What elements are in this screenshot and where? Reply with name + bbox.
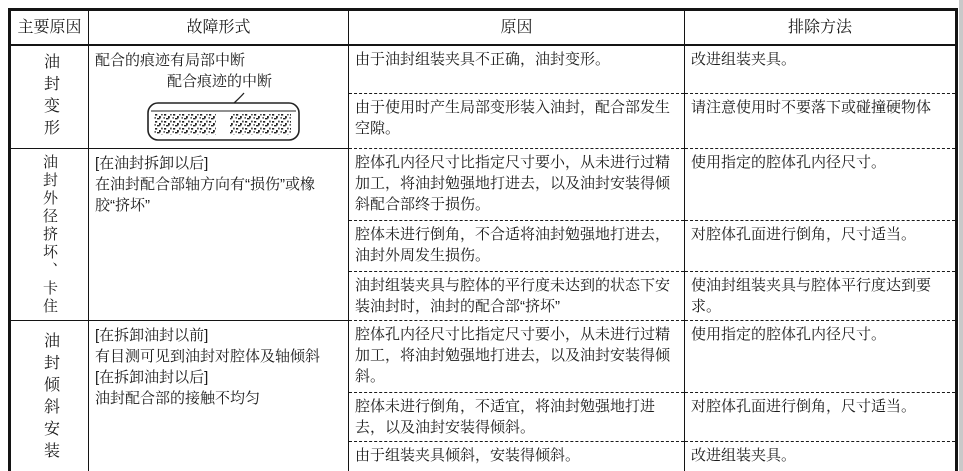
fault-text-line: [在拆卸油封以前] <box>95 325 342 346</box>
illustration-label: 配合痕迹的中断 <box>95 71 342 92</box>
table-row: 油封变形 配合的痕迹有局部中断 配合痕迹的中断 <box>10 45 957 94</box>
remedy-cell: 使用指定的腔体孔内径尺寸。 <box>685 321 957 393</box>
remedy-cell: 改进组装夹具。 <box>685 442 957 471</box>
fault-text-line: [在拆卸油封以后] <box>95 367 342 388</box>
scan-edge-artifact <box>959 0 963 471</box>
oil-seal-fault-table: 主要原因 故障形式 原因 排除方法 油封变形 配合的痕迹有局部中断 配合痕迹的中… <box>8 8 958 471</box>
table-row: 油封外径挤坏、卡住 [在油封拆卸以后] 在油封配合部轴方向有“损伤”或橡胶“挤坏… <box>10 149 957 221</box>
fault-text-line: 配合的痕迹有局部中断 <box>95 50 342 71</box>
header-reason: 原因 <box>349 10 685 46</box>
reason-cell: 油封组装夹具与腔体的平行度未达到的状态下安装油封时，油封的配合部“挤坏” <box>349 272 685 321</box>
fault-cell-deformation: 配合的痕迹有局部中断 配合痕迹的中断 <box>89 45 349 149</box>
reason-cell: 腔体孔内径尺寸比指定尺寸要小，从未进行过精加工，将油封勉强地打进去，以及油封安装… <box>349 149 685 221</box>
remedy-cell: 对腔体孔面进行倒角，尺寸适当。 <box>685 393 957 442</box>
fault-cell-od-damage: [在油封拆卸以后] 在油封配合部轴方向有“损伤”或橡胶“挤坏” <box>89 149 349 321</box>
fault-text-line: [在油封拆卸以后] <box>95 153 342 174</box>
remedy-cell: 请注意使用时不要落下或碰撞硬物体 <box>685 94 957 149</box>
header-remedy: 排除方法 <box>685 10 957 46</box>
category-cell-tilted-install: 油封倾斜安装 <box>10 321 89 471</box>
header-main-cause: 主要原因 <box>10 10 89 46</box>
reason-cell: 腔体未进行倒角，不适宜，将油封勉强地打进去，以及油封安装得倾斜。 <box>349 393 685 442</box>
remedy-cell: 使用指定的腔体孔内径尺寸。 <box>685 149 957 221</box>
header-fault-form: 故障形式 <box>89 10 349 46</box>
oil-seal-stipple-diagram <box>145 92 305 144</box>
category-cell-od-damage: 油封外径挤坏、卡住 <box>10 149 89 321</box>
category-label: 油封变形 <box>42 53 58 141</box>
fault-cell-tilted-install: [在拆卸油封以前] 有目测可见到油封对腔体及轴倾斜 [在拆卸油封以后] 油封配合… <box>89 321 349 471</box>
reason-cell: 腔体孔内径尺寸比指定尺寸要小，从未进行过精加工，将油封勉强地打进去，以及油封安装… <box>349 321 685 393</box>
fault-text-line: 有目测可见到油封对腔体及轴倾斜 <box>95 346 342 367</box>
category-label: 油封倾斜安装 <box>42 332 58 464</box>
reason-cell: 由于组装夹具倾斜，安装得倾斜。 <box>349 442 685 471</box>
category-label: 油封外径挤坏、卡住 <box>42 154 57 316</box>
reason-cell: 腔体未进行倒角，不合适将油封勉强地打进去，油封外周发生损伤。 <box>349 221 685 272</box>
oil-seal-illustration <box>145 92 342 144</box>
remedy-cell: 使油封组装夹具与腔体平行度达到要求。 <box>685 272 957 321</box>
reason-cell: 由于使用时产生局部变形装入油封，配合部发生空隙。 <box>349 94 685 149</box>
category-cell-deformation: 油封变形 <box>10 45 89 149</box>
header-row: 主要原因 故障形式 原因 排除方法 <box>10 10 957 46</box>
scanned-document-page: 主要原因 故障形式 原因 排除方法 油封变形 配合的痕迹有局部中断 配合痕迹的中… <box>8 8 958 471</box>
remedy-cell: 改进组装夹具。 <box>685 45 957 94</box>
fault-text-line: 在油封配合部轴方向有“损伤”或橡胶“挤坏” <box>95 174 342 216</box>
reason-cell: 由于油封组装夹具不正确，油封变形。 <box>349 45 685 94</box>
fault-text-line: 油封配合部的接触不均匀 <box>95 388 342 409</box>
table-row: 油封倾斜安装 [在拆卸油封以前] 有目测可见到油封对腔体及轴倾斜 [在拆卸油封以… <box>10 321 957 393</box>
remedy-cell: 对腔体孔面进行倒角，尺寸适当。 <box>685 221 957 272</box>
